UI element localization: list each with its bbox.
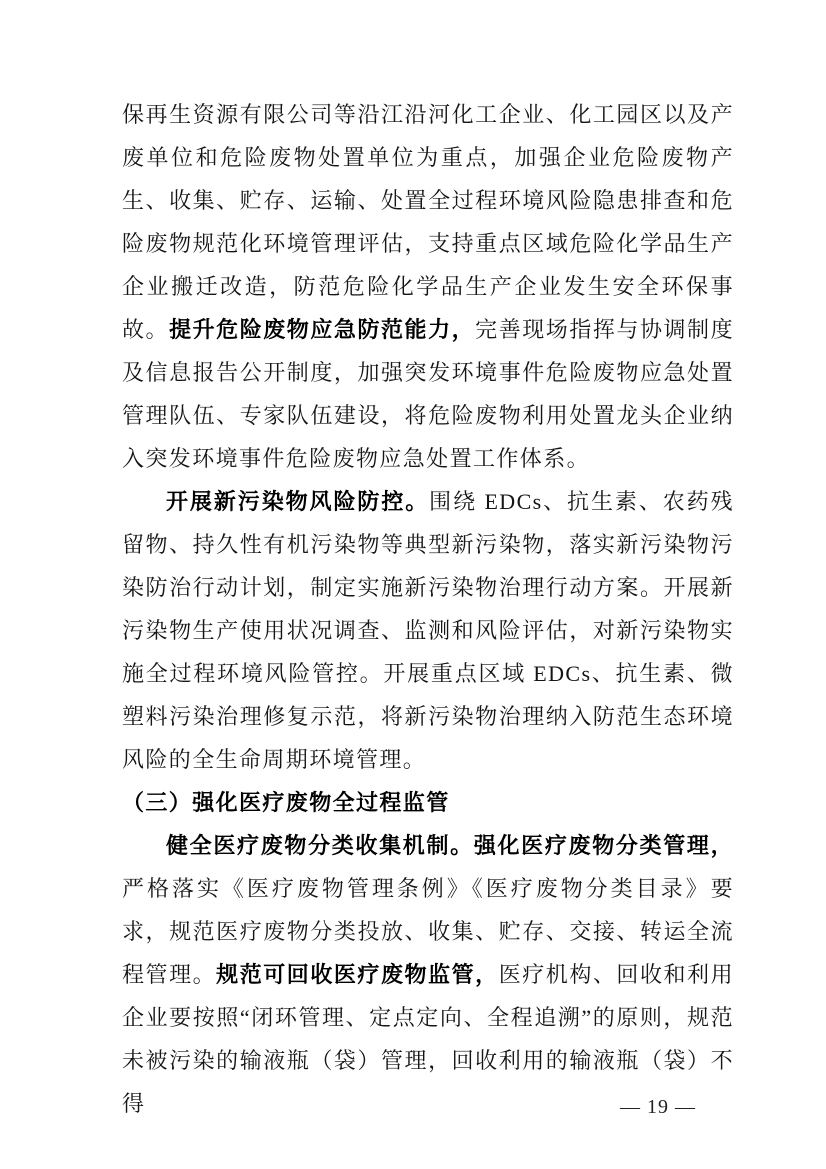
paragraph: 开展新污染物风险防控。围绕 EDCs、抗生素、农药残留物、持久性有机污染物等典型…: [122, 480, 734, 781]
page-footer: —19—: [602, 1071, 702, 1119]
text-run-bold: （三）强化医疗废物全过程监管: [122, 790, 450, 815]
section-heading: （三）强化医疗废物全过程监管: [122, 781, 734, 824]
document-body: 保再生资源有限公司等沿江沿河化工企业、化工园区以及产废单位和危险废物处置单位为重…: [122, 93, 734, 1125]
footer-left-dash: —: [614, 1096, 647, 1118]
text-run-bold: 开展新污染物风险防控。: [166, 489, 429, 514]
paragraph: 保再生资源有限公司等沿江沿河化工企业、化工园区以及产废单位和危险废物处置单位为重…: [122, 93, 734, 480]
text-run-bold: 规范可回收医疗废物监管，: [216, 962, 499, 987]
text-run: 保再生资源有限公司等沿江沿河化工企业、化工园区以及产废单位和危险废物处置单位为重…: [122, 102, 734, 342]
text-run-bold: 提升危险废物应急防范能力，: [169, 317, 475, 342]
text-run-bold: 健全医疗废物分类收集机制。强化医疗废物分类管理，: [166, 833, 734, 858]
footer-right-dash: —: [669, 1096, 702, 1118]
document-page: { "document": { "blocks": [ { "type": "p…: [0, 0, 826, 1169]
page-number: 19: [647, 1096, 669, 1118]
text-run: 围绕 EDCs、抗生素、农药残留物、持久性有机污染物等典型新污染物，落实新污染物…: [122, 489, 734, 772]
